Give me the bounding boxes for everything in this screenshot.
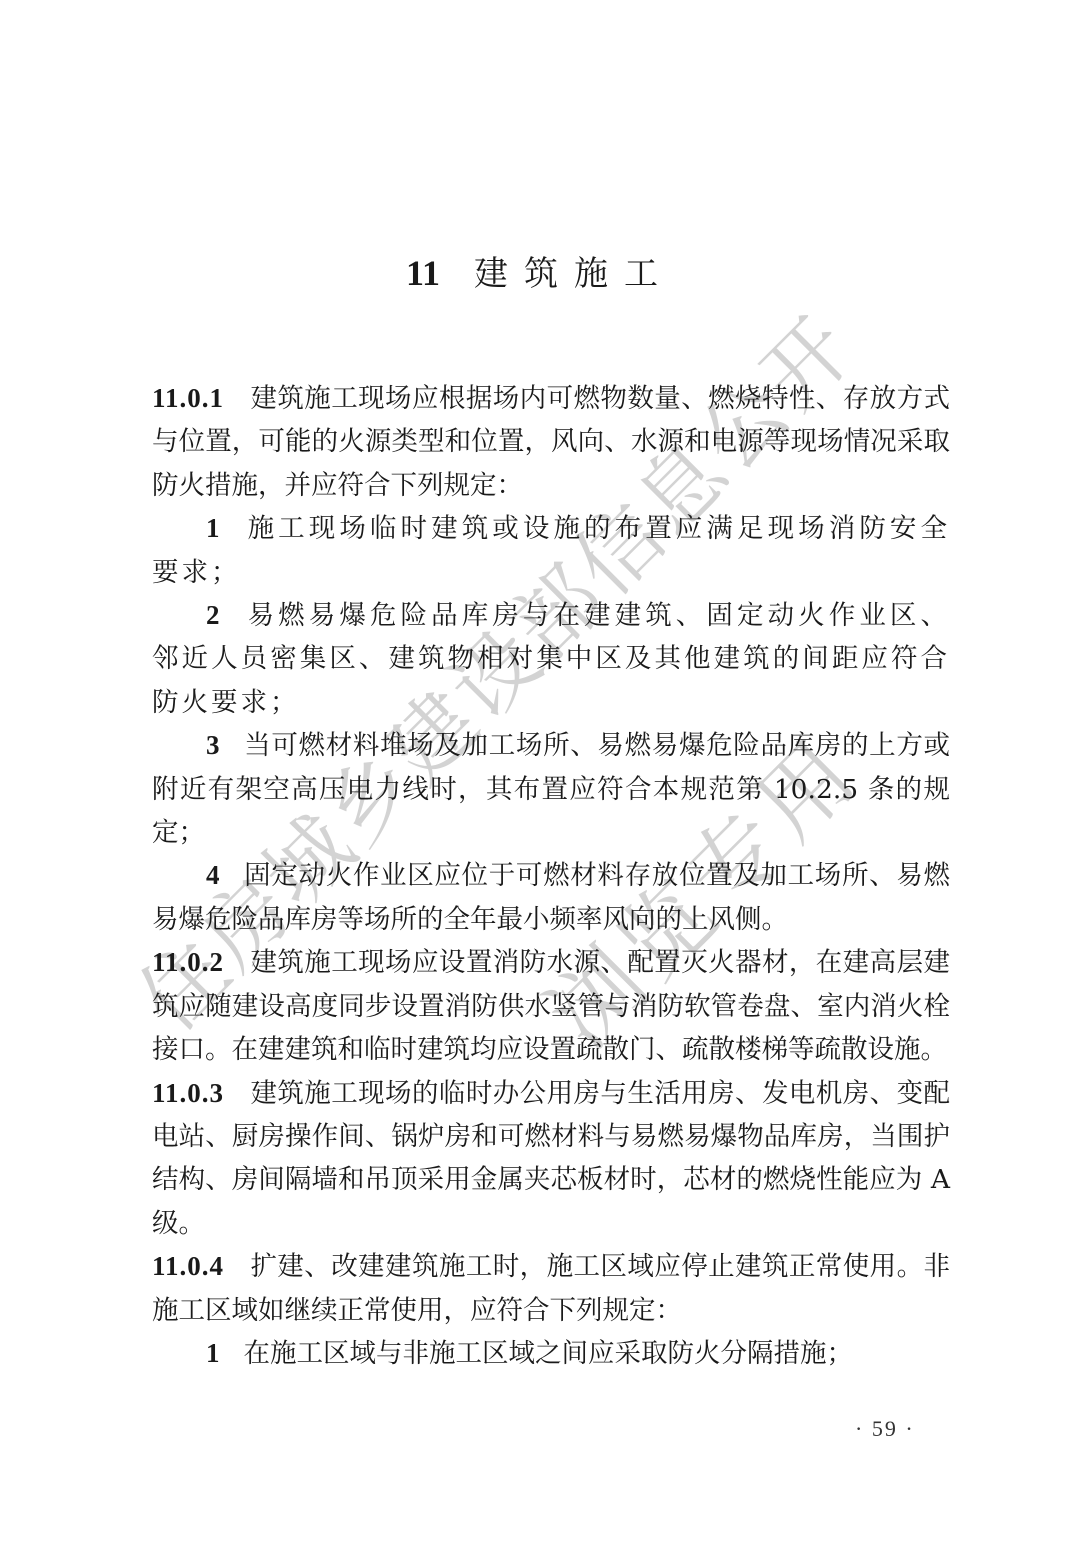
clause-number: 11.0.1 (152, 383, 224, 413)
clause-number: 11.0.4 (152, 1251, 224, 1281)
clause-number: 11.0.2 (152, 947, 224, 977)
item-text: 当可燃材料堆场及加工场所、易燃易爆危险品库房的上方或附近有架空高压电力线时，其布… (152, 730, 950, 848)
clause-11-0-4: 11.0.4扩建、改建建筑施工时，施工区域应停止建筑正常使用。非施工区域如继续正… (152, 1245, 950, 1332)
clause-item: 4固定动火作业区应位于可燃材料存放位置及加工场所、易燃易爆危险品库房等场所的全年… (152, 854, 950, 941)
clause-11-0-2: 11.0.2建筑施工现场应设置消防水源、配置灭火器材，在建高层建筑应随建设高度同… (152, 941, 950, 1071)
document-body: 11.0.1建筑施工现场应根据场内可燃物数量、燃烧特性、存放方式与位置，可能的火… (152, 377, 950, 1375)
chapter-name: 建筑施工 (474, 254, 674, 294)
item-text: 施工现场临时建筑或设施的布置应满足现场消防安全要求； (152, 513, 950, 587)
clause-item: 2易燃易爆危险品库房与在建建筑、固定动火作业区、邻近人员密集区、建筑物相对集中区… (152, 594, 950, 724)
clause-text: 建筑施工现场应设置消防水源、配置灭火器材，在建高层建筑应随建设高度同步设置消防供… (152, 947, 950, 1065)
item-number: 4 (206, 860, 220, 890)
clause-11-0-1: 11.0.1建筑施工现场应根据场内可燃物数量、燃烧特性、存放方式与位置，可能的火… (152, 377, 950, 507)
item-number: 2 (206, 600, 223, 630)
chapter-number: 11 (406, 253, 440, 293)
clause-text: 建筑施工现场应根据场内可燃物数量、燃烧特性、存放方式与位置，可能的火源类型和位置… (152, 383, 950, 501)
document-page: 住房城乡建设部信息公开 浏览专用 11建筑施工 11.0.1建筑施工现场应根据场… (0, 0, 1080, 1565)
clause-item: 1在施工区域与非施工区域之间应采取防火分隔措施； (152, 1332, 950, 1375)
item-text: 易燃易爆危险品库房与在建建筑、固定动火作业区、邻近人员密集区、建筑物相对集中区及… (152, 600, 950, 718)
clause-text: 建筑施工现场的临时办公用房与生活用房、发电机房、变配电站、厨房操作间、锅炉房和可… (152, 1078, 950, 1239)
clause-11-0-3: 11.0.3建筑施工现场的临时办公用房与生活用房、发电机房、变配电站、厨房操作间… (152, 1072, 950, 1246)
item-number: 1 (206, 513, 223, 543)
item-text: 在施工区域与非施工区域之间应采取防火分隔措施； (244, 1338, 854, 1369)
chapter-title: 11建筑施工 (0, 248, 1080, 299)
item-text: 固定动火作业区应位于可燃材料存放位置及加工场所、易燃易爆危险品库房等场所的全年最… (152, 860, 950, 934)
item-number: 3 (206, 730, 220, 760)
page-number: · 59 · (855, 1416, 915, 1442)
clause-item: 3当可燃材料堆场及加工场所、易燃易爆危险品库房的上方或附近有架空高压电力线时，其… (152, 724, 950, 854)
clause-item: 1施工现场临时建筑或设施的布置应满足现场消防安全要求； (152, 507, 950, 594)
clause-text: 扩建、改建建筑施工时，施工区域应停止建筑正常使用。非施工区域如继续正常使用，应符… (152, 1251, 950, 1325)
clause-number: 11.0.3 (152, 1078, 224, 1108)
item-number: 1 (206, 1338, 220, 1368)
